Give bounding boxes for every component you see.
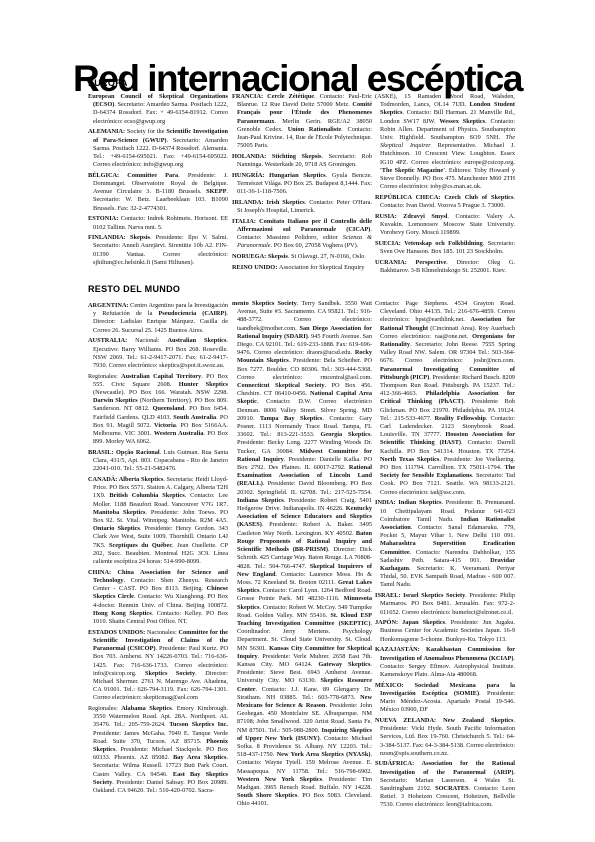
europa-column-3: (ASKE), 15 Ramsden Wood Road, Walsden, T… (375, 93, 515, 293)
directory-entry: NUEVA ZELANDA: New Zealand Skeptics. Pre… (375, 717, 515, 758)
directory-entry: ISRAEL: Israel Skeptics Society. Preside… (375, 592, 515, 617)
directory-entry: ALEMANIA: Society for the Scientific Inv… (88, 128, 228, 169)
directory-entry: IRLANDA: Irish Skeptics. Contacto: Peter… (232, 199, 372, 215)
directory-entry: REINO UNIDO: Association for Skeptical E… (232, 264, 372, 272)
directory-entry: BÉLGICA: Committee Para. Presidente: J. … (88, 172, 228, 213)
directory-entry: ESTONIA: Contacto: Indrek Rohtmets. Hori… (88, 215, 228, 231)
directory-entry: (ASKE), 15 Ramsden Wood Road, Walsden, T… (375, 93, 515, 191)
directory-entry: mento Skeptics Society. Terry Sandbek. 3… (232, 300, 372, 808)
europa-column-2: FRANCIA: Cercle Zététique. Contacto: Pau… (232, 93, 372, 293)
europa-column-1: European Council of Skeptical Organizati… (88, 93, 228, 293)
resto-column-2: mento Skeptics Society. Terry Sandbek. 3… (232, 300, 372, 808)
directory-entry: HOLANDA: Stichting Skepsis. Secretario: … (232, 153, 372, 169)
resto-column-3: Contacto: Page Stephens. 4534 Grayton Ro… (375, 300, 515, 808)
directory-entry: INDIA: Indian Skeptics. Presidente: B. P… (375, 499, 515, 589)
directory-entry: CHINA: China Association for Science and… (88, 569, 228, 626)
resto-column-1: ARGENTINA: Centro Argentino para la Inve… (88, 302, 228, 810)
directory-entry: MÉXICO: Sociedad Mexicana para la Invest… (375, 682, 515, 715)
directory-entry: FINLANDIA: Skepsis. Presidente: Ilpo V. … (88, 234, 228, 267)
directory-entry: UCRANIA: Perspective. Director: Oleg G. … (375, 259, 515, 275)
directory-entry: RUSIA: Zdravyi Smysl. Contacto: Valery A… (375, 213, 515, 238)
directory-entry: ESTADOS UNIDOS: Nacionales: Committee fo… (88, 629, 228, 703)
directory-entry: ARGENTINA: Centro Argentino para la Inve… (88, 302, 228, 335)
directory-entry: CANADÁ: Alberta Skeptics. Secretaria: He… (88, 476, 228, 566)
directory-entry: SUDÁFRICA: Association for the Rational … (375, 760, 515, 808)
directory-entry: European Council of Skeptical Organizati… (88, 93, 228, 126)
directory-entry: KAZAJASTÁN: Kazakhastan Commission for I… (375, 646, 515, 679)
directory-entry: FRANCIA: Cercle Zététique. Contacto: Pau… (232, 93, 372, 150)
directory-entry: REPÚBLICA CHECA: Czech Club of Skeptics.… (375, 194, 515, 210)
directory-entry: SUECIA: Vetenskap och Folkbildning. Secr… (375, 240, 515, 256)
directory-entry: AUSTRALIA: Nacional: Australian Skeptics… (88, 337, 228, 370)
directory-entry: Contacto: Page Stephens. 4534 Grayton Ro… (375, 300, 515, 497)
directory-page: Red internacional escéptica EUROPA Europ… (0, 0, 595, 842)
directory-entry: Regionales: Alabama Skeptics. Emory Kimb… (88, 705, 228, 795)
directory-entry: NORUEGA: Skepsis. St Olavsgt. 27, N-0166… (232, 253, 372, 261)
directory-entry: BRASIL: Opção Racional. Luis Gutman. Rua… (88, 449, 228, 474)
directory-entry: ITALIA: Comitato Italiano per il Control… (232, 218, 372, 251)
section-heading-resto-del-mundo: RESTO DEL MUNDO (88, 284, 180, 294)
section-heading-europa: EUROPA (88, 78, 128, 88)
directory-entry: HUNGRÍA: Hungarian Skeptics. Gyula Bencz… (232, 172, 372, 197)
directory-entry: JAPÓN: Japan Skeptics. Presidente: Jun J… (375, 619, 515, 644)
directory-entry: Regionales: Australian Capital Territory… (88, 373, 228, 447)
